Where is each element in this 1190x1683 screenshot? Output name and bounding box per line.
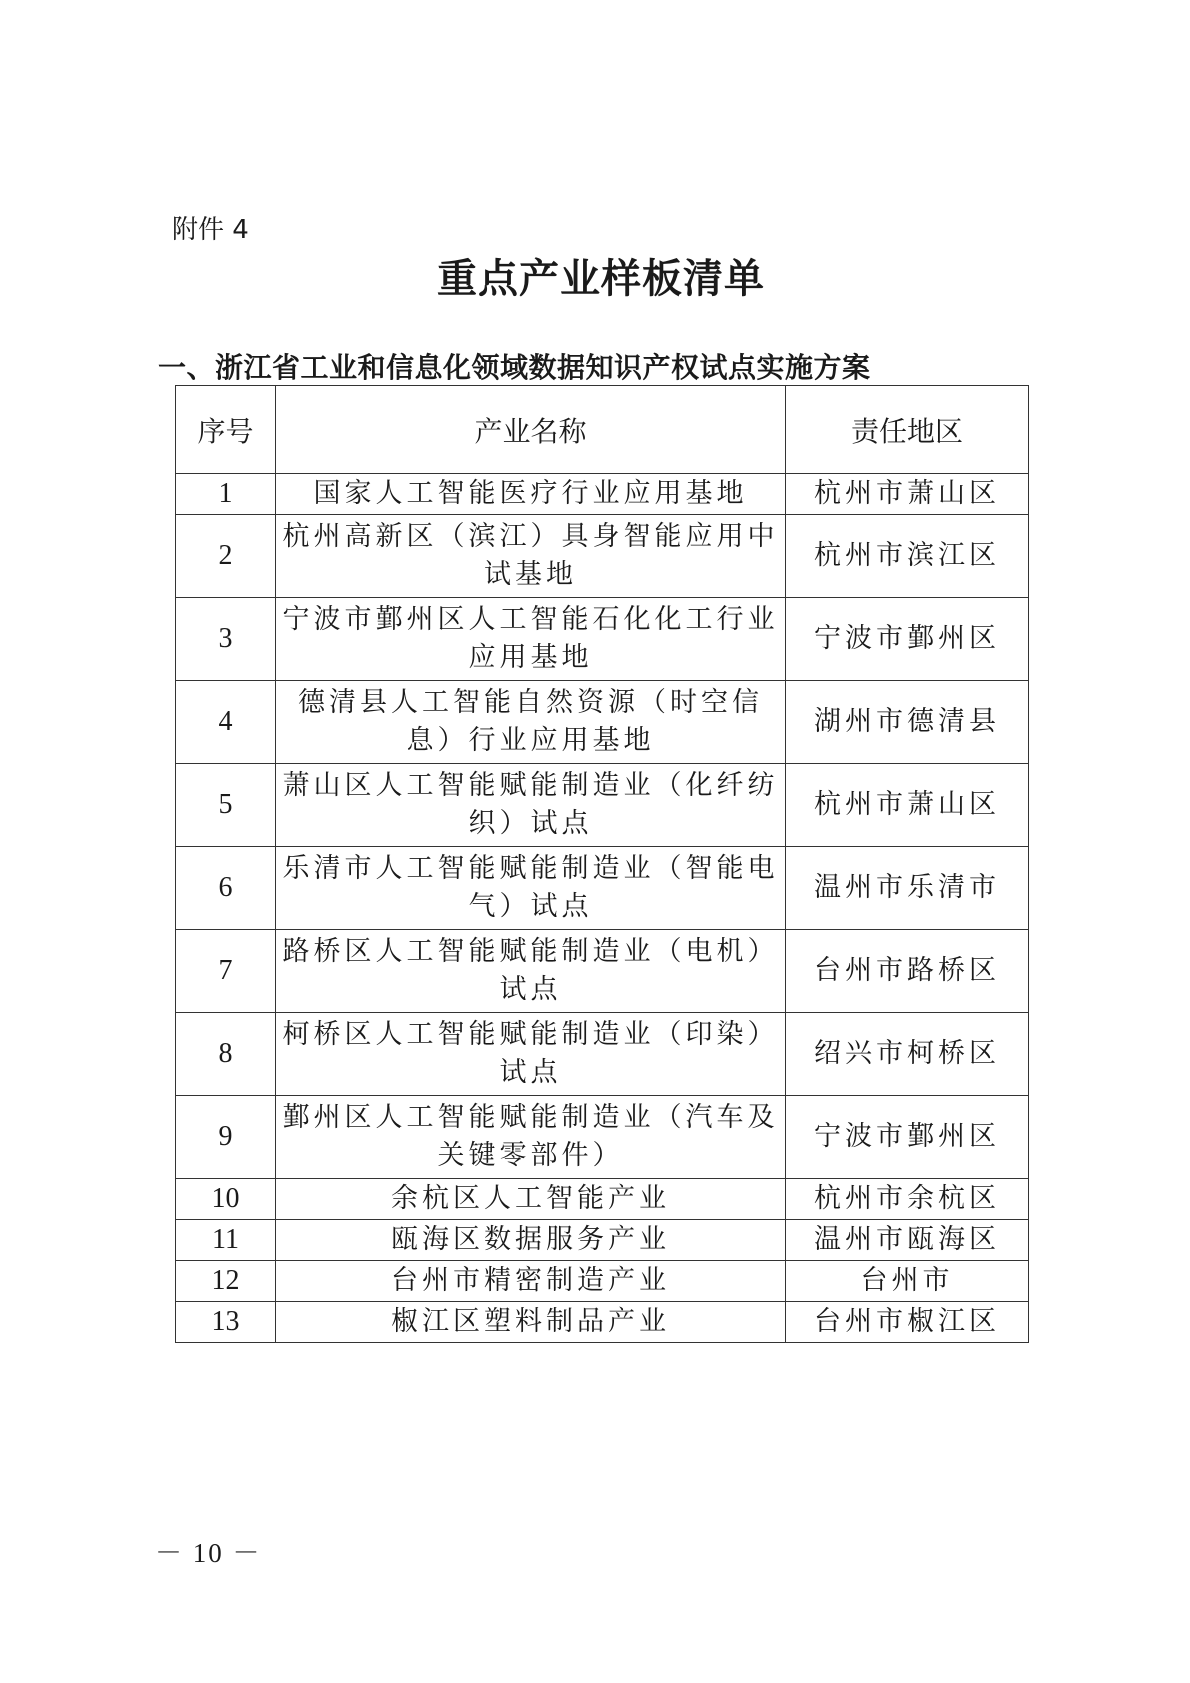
row-number: 4 xyxy=(176,681,276,764)
table-row: 7 路桥区人工智能赋能制造业（电机）试点 台州市路桥区 xyxy=(176,930,1029,1013)
row-number: 2 xyxy=(176,515,276,598)
table-row: 11 瓯海区数据服务产业 温州市瓯海区 xyxy=(176,1220,1029,1261)
header-industry-name: 产业名称 xyxy=(276,386,786,474)
industry-name: 椒江区塑料制品产业 xyxy=(276,1302,786,1343)
industry-name: 余杭区人工智能产业 xyxy=(276,1179,786,1220)
header-serial-number: 序号 xyxy=(176,386,276,474)
industry-name: 路桥区人工智能赋能制造业（电机）试点 xyxy=(276,930,786,1013)
table-row: 12 台州市精密制造产业 台州市 xyxy=(176,1261,1029,1302)
industry-name: 乐清市人工智能赋能制造业（智能电气）试点 xyxy=(276,847,786,930)
row-number: 7 xyxy=(176,930,276,1013)
table-row: 8 柯桥区人工智能赋能制造业（印染）试点 绍兴市柯桥区 xyxy=(176,1013,1029,1096)
row-number: 3 xyxy=(176,598,276,681)
industry-sample-table: 序号 产业名称 责任地区 1 国家人工智能医疗行业应用基地 杭州市萧山区 2 杭… xyxy=(175,385,1029,1343)
table-row: 13 椒江区塑料制品产业 台州市椒江区 xyxy=(176,1302,1029,1343)
industry-name: 萧山区人工智能赋能制造业（化纤纺织）试点 xyxy=(276,764,786,847)
responsible-region: 湖州市德清县 xyxy=(786,681,1029,764)
responsible-region: 杭州市萧山区 xyxy=(786,474,1029,515)
table-row: 10 余杭区人工智能产业 杭州市余杭区 xyxy=(176,1179,1029,1220)
responsible-region: 杭州市萧山区 xyxy=(786,764,1029,847)
industry-name: 柯桥区人工智能赋能制造业（印染）试点 xyxy=(276,1013,786,1096)
responsible-region: 温州市瓯海区 xyxy=(786,1220,1029,1261)
responsible-region: 台州市路桥区 xyxy=(786,930,1029,1013)
industry-name: 瓯海区数据服务产业 xyxy=(276,1220,786,1261)
table-row: 4 德清县人工智能自然资源（时空信息）行业应用基地 湖州市德清县 xyxy=(176,681,1029,764)
row-number: 6 xyxy=(176,847,276,930)
row-number: 8 xyxy=(176,1013,276,1096)
table-row: 1 国家人工智能医疗行业应用基地 杭州市萧山区 xyxy=(176,474,1029,515)
table-header-row: 序号 产业名称 责任地区 xyxy=(176,386,1029,474)
table-row: 3 宁波市鄞州区人工智能石化化工行业应用基地 宁波市鄞州区 xyxy=(176,598,1029,681)
row-number: 5 xyxy=(176,764,276,847)
row-number: 13 xyxy=(176,1302,276,1343)
industry-name: 杭州高新区（滨江）具身智能应用中试基地 xyxy=(276,515,786,598)
responsible-region: 温州市乐清市 xyxy=(786,847,1029,930)
section-heading: 一、浙江省工业和信息化领域数据知识产权试点实施方案 xyxy=(158,350,871,386)
page-number: － 10 － xyxy=(155,1533,262,1573)
header-responsible-region: 责任地区 xyxy=(786,386,1029,474)
row-number: 9 xyxy=(176,1096,276,1179)
table-row: 5 萧山区人工智能赋能制造业（化纤纺织）试点 杭州市萧山区 xyxy=(176,764,1029,847)
row-number: 12 xyxy=(176,1261,276,1302)
row-number: 11 xyxy=(176,1220,276,1261)
row-number: 10 xyxy=(176,1179,276,1220)
table-row: 2 杭州高新区（滨江）具身智能应用中试基地 杭州市滨江区 xyxy=(176,515,1029,598)
responsible-region: 绍兴市柯桥区 xyxy=(786,1013,1029,1096)
responsible-region: 杭州市滨江区 xyxy=(786,515,1029,598)
responsible-region: 台州市 xyxy=(786,1261,1029,1302)
industry-name: 国家人工智能医疗行业应用基地 xyxy=(276,474,786,515)
industry-name: 鄞州区人工智能赋能制造业（汽车及关键零部件） xyxy=(276,1096,786,1179)
table-row: 9 鄞州区人工智能赋能制造业（汽车及关键零部件） 宁波市鄞州区 xyxy=(176,1096,1029,1179)
industry-name: 德清县人工智能自然资源（时空信息）行业应用基地 xyxy=(276,681,786,764)
responsible-region: 杭州市余杭区 xyxy=(786,1179,1029,1220)
responsible-region: 宁波市鄞州区 xyxy=(786,598,1029,681)
attachment-label: 附件 4 xyxy=(172,212,249,248)
industry-name: 台州市精密制造产业 xyxy=(276,1261,786,1302)
row-number: 1 xyxy=(176,474,276,515)
document-title: 重点产业样板清单 xyxy=(0,254,1190,304)
responsible-region: 台州市椒江区 xyxy=(786,1302,1029,1343)
responsible-region: 宁波市鄞州区 xyxy=(786,1096,1029,1179)
industry-name: 宁波市鄞州区人工智能石化化工行业应用基地 xyxy=(276,598,786,681)
table-row: 6 乐清市人工智能赋能制造业（智能电气）试点 温州市乐清市 xyxy=(176,847,1029,930)
